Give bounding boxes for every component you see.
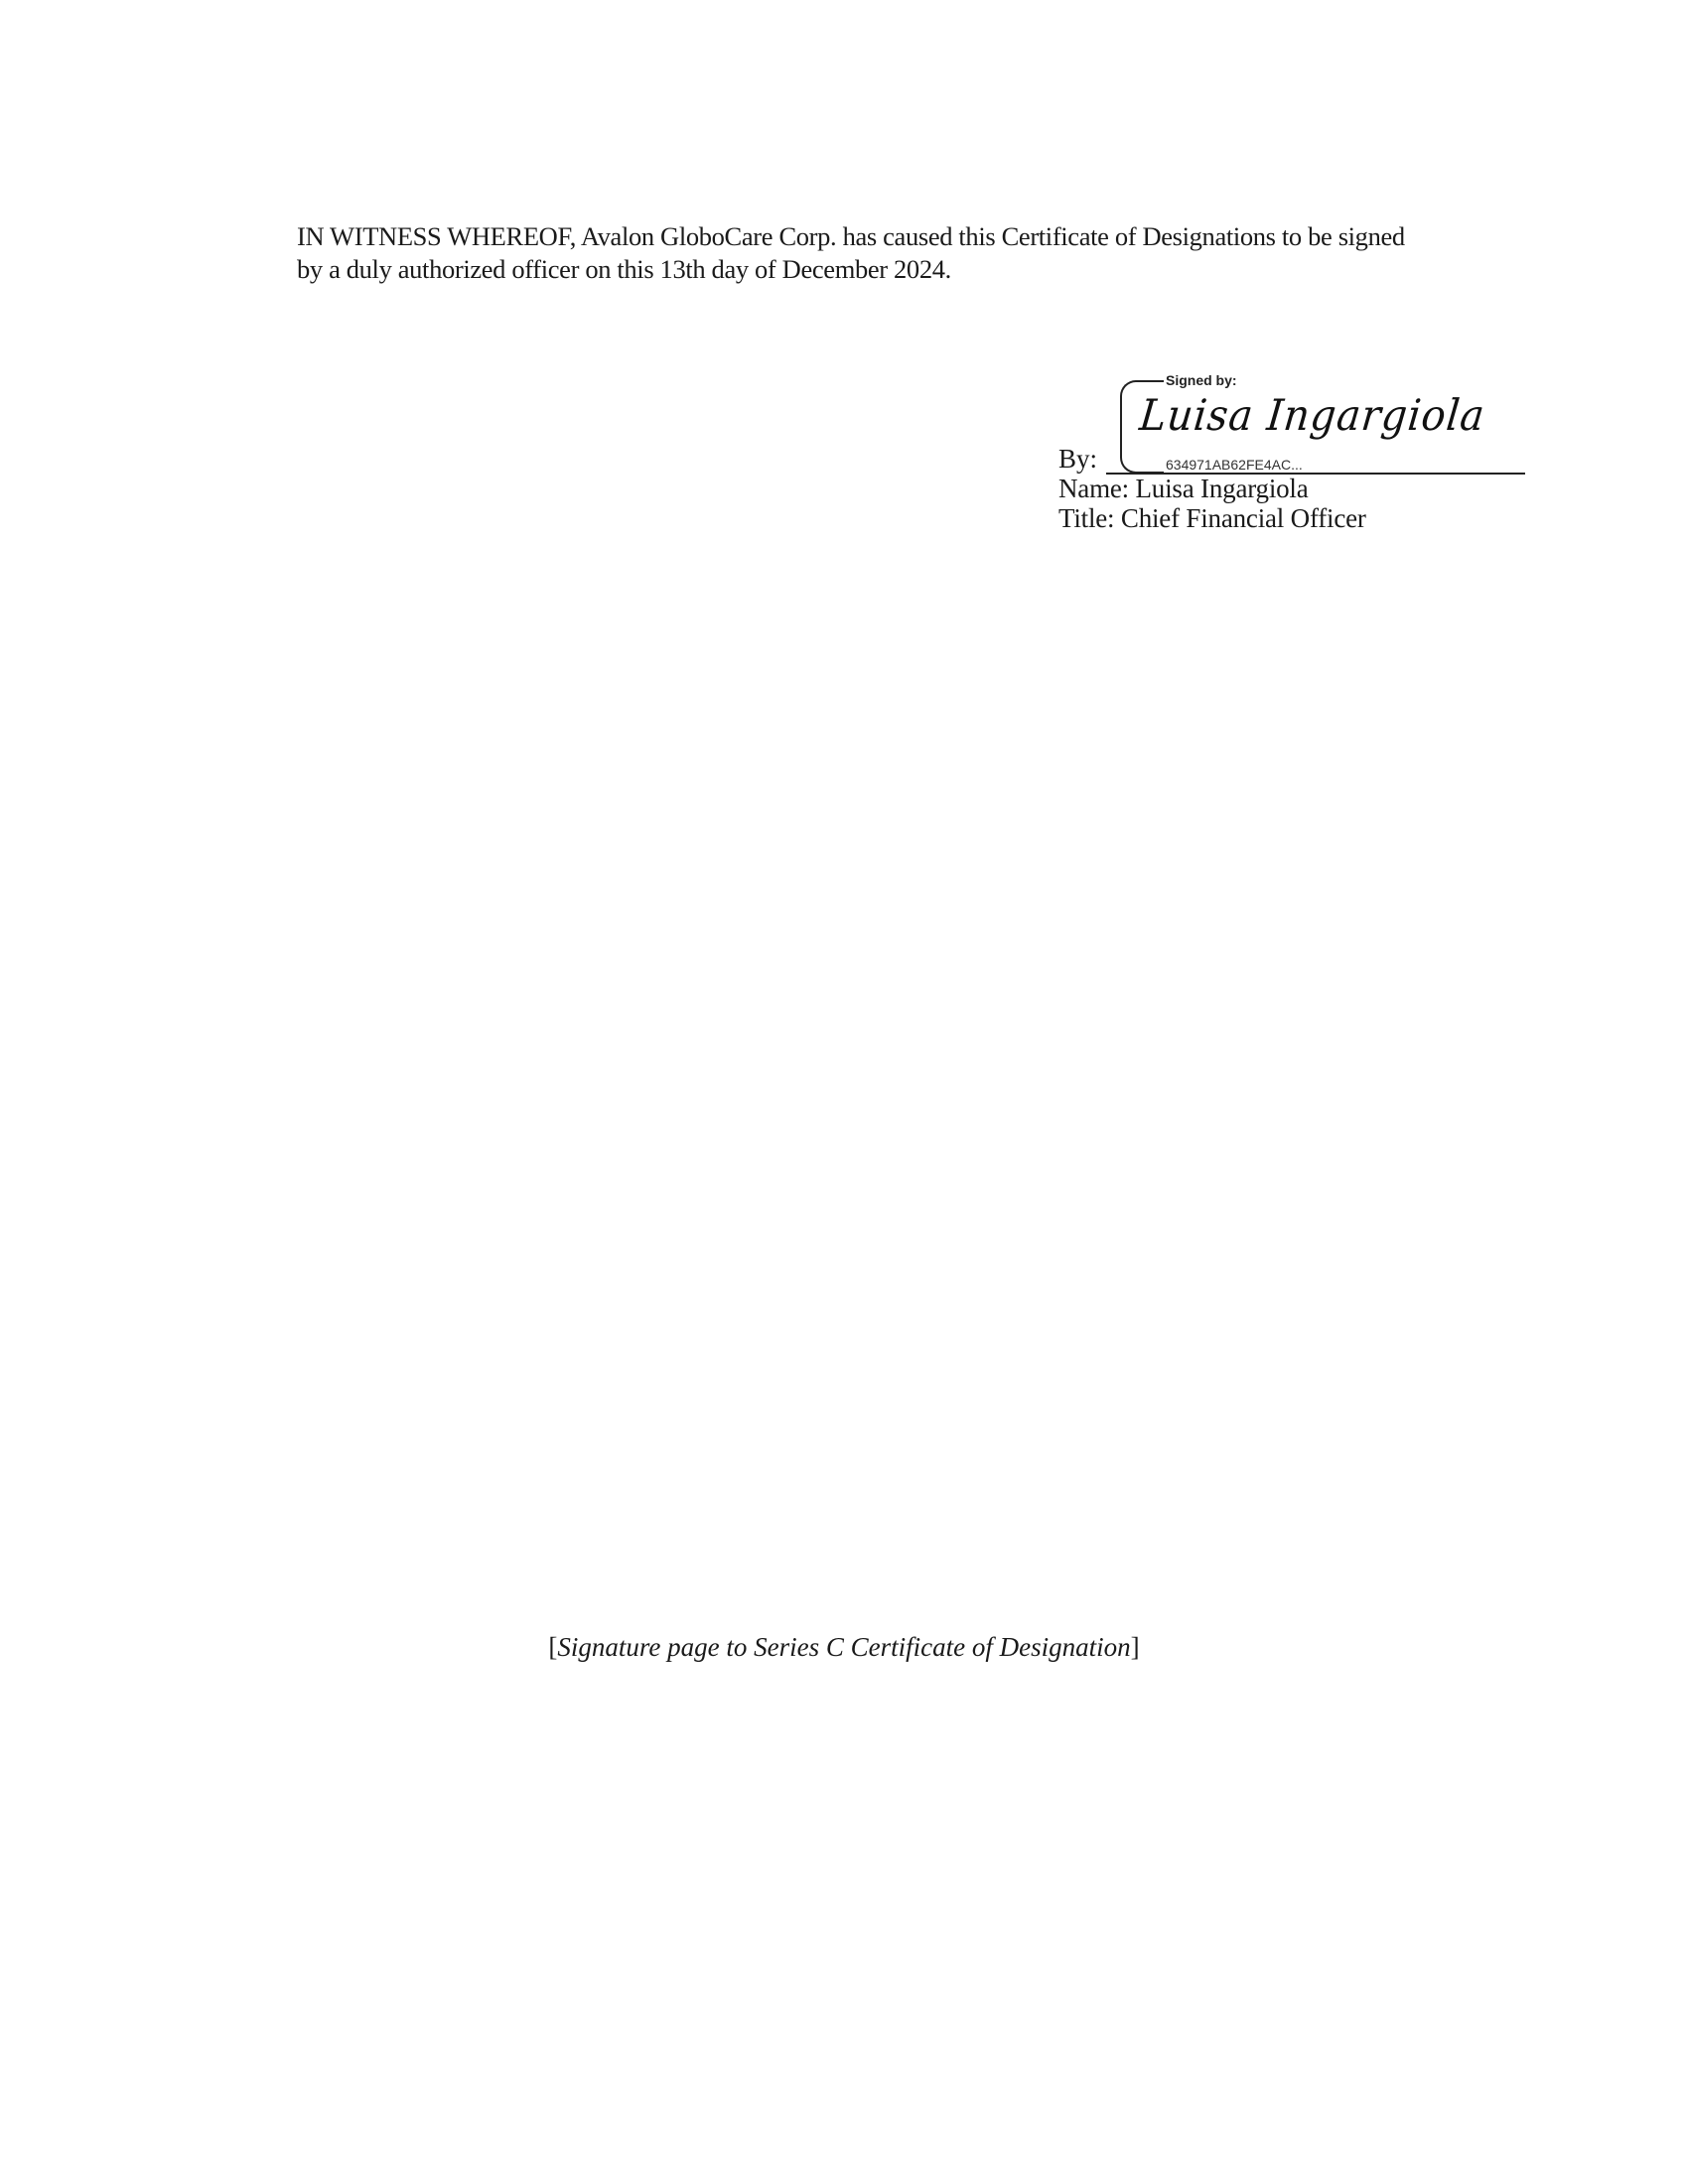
signed-by-caption: Signed by: <box>1164 372 1237 388</box>
witness-paragraph: IN WITNESS WHEREOF, Avalon GloboCare Cor… <box>297 220 1488 286</box>
signature-envelope-id: 634971AB62FE4AC... <box>1164 457 1303 473</box>
witness-line-2: by a duly authorized officer on this 13t… <box>297 253 1488 286</box>
footer-text: Signature page to Series C Certificate o… <box>557 1632 1130 1662</box>
page-footer-caption: [Signature page to Series C Certificate … <box>0 1631 1688 1663</box>
witness-line-1: IN WITNESS WHEREOF, Avalon GloboCare Cor… <box>297 220 1488 253</box>
signer-name: Name: Luisa Ingargiola <box>1058 474 1309 503</box>
signature-block: Signed by: Luisa Ingargiola By: 634971AB… <box>1058 367 1535 546</box>
signer-title: Title: Chief Financial Officer <box>1058 503 1366 533</box>
handwritten-signature: Luisa Ingargiola <box>1137 390 1487 442</box>
footer-close-bracket: ] <box>1131 1632 1140 1662</box>
by-label: By: <box>1058 444 1097 474</box>
